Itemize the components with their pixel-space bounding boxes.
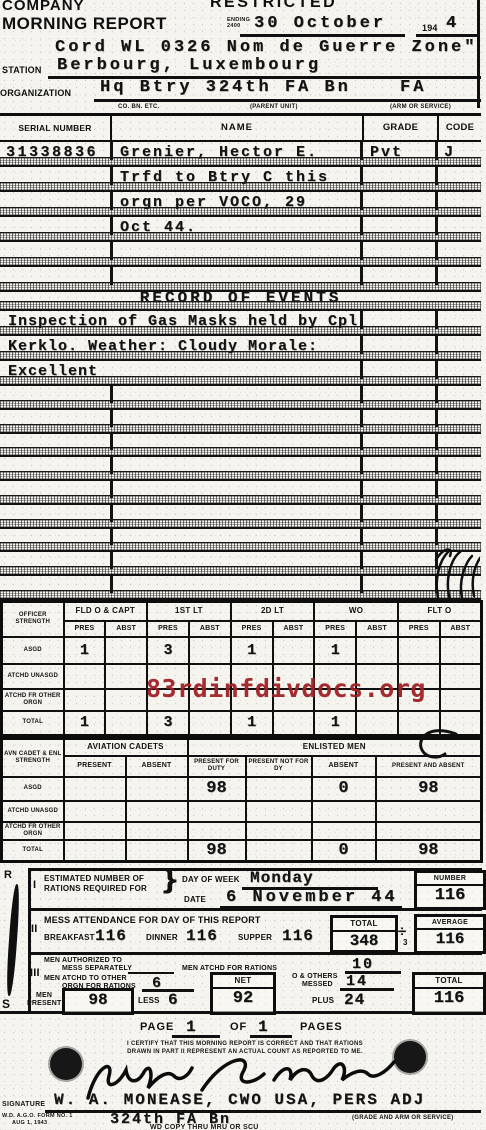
officer-row-total: TOTAL 1 3 1 1: [2, 711, 482, 736]
side-letter-r: R: [4, 870, 12, 882]
cell: [64, 777, 126, 801]
plus-value: 24: [344, 992, 365, 1008]
caption-parent-unit: (PARENT UNIT): [250, 104, 298, 112]
blank-row: [0, 505, 481, 529]
roster-header-row: SERIAL NUMBER NAME GRADE CODE: [0, 113, 481, 142]
events-row: Inspection of Gas Masks held by Cpl: [0, 311, 481, 336]
rule-band: [0, 157, 481, 167]
less-value: 6: [168, 992, 179, 1008]
officer-row-asgd: ASGD 1 3 1 1: [2, 637, 482, 664]
cell: 98: [376, 777, 482, 801]
group-aviation-cadets: AVIATION CADETS: [64, 739, 188, 756]
average-box: AVERAGE 116: [414, 914, 486, 954]
side-ink-bar: [5, 884, 21, 996]
classification-banner: RESTRICTED: [210, 0, 337, 12]
pages-total: 1: [258, 1019, 269, 1035]
enlisted-row-total: TOTAL 98 0 98: [2, 840, 482, 862]
sub-abst: ABST: [273, 621, 315, 637]
row-label: ATCHD UNASGD: [2, 664, 64, 689]
cell: [64, 689, 106, 711]
rule-band: [0, 495, 481, 505]
total3-box: TOTAL 116: [412, 972, 486, 1015]
rule-band: [0, 301, 481, 311]
cell: [64, 801, 126, 822]
section-numeral-ii: II: [31, 924, 38, 936]
net-value: 92: [213, 989, 273, 1009]
men-present-box: 98: [62, 988, 134, 1015]
row-label: TOTAL: [2, 711, 64, 736]
blank-row: [0, 481, 481, 505]
rule-band: [0, 207, 481, 217]
cell: [312, 801, 376, 822]
signature-label: SIGNATURE: [2, 1100, 45, 1109]
total3-label: TOTAL: [415, 975, 483, 989]
cell: [64, 822, 126, 840]
row-label: ATCHD FR OTHER ORGN: [2, 689, 64, 711]
date-label: DATE: [184, 896, 206, 904]
rule-band: [0, 351, 481, 361]
cell: [126, 840, 188, 862]
grade-caption: (GRADE AND ARM OR SERVICE): [352, 1115, 454, 1123]
page-number: 1: [186, 1019, 197, 1035]
sub-abst: ABST: [440, 621, 482, 637]
supper-value: 116: [282, 928, 314, 944]
rule-band: [0, 519, 481, 529]
number-value: 116: [417, 886, 483, 906]
cell: 0: [312, 777, 376, 801]
cell: [273, 711, 315, 736]
blank-row: [0, 386, 481, 410]
rule-band: [0, 424, 481, 434]
company-label: COMPANY: [2, 0, 85, 14]
men-present-label-1: MEN: [36, 992, 52, 999]
sub-present: PRESENT: [64, 756, 126, 777]
enlisted-strength-table: AVN CADET & ENL STRENGTH AVIATION CADETS…: [0, 737, 483, 863]
roster-row-blank: [0, 242, 481, 267]
group-wo: WO: [314, 602, 398, 621]
caption-unit-type: CO. BN. ETC.: [118, 104, 160, 112]
watermark: 83rdinfdivdocs.org: [146, 676, 426, 701]
others-messed-value: 14: [346, 974, 368, 989]
number-box: NUMBER 116: [414, 870, 486, 910]
sub-pres: PRES: [64, 621, 106, 637]
cell: [356, 711, 398, 736]
col-grade: GRADE: [364, 116, 439, 140]
date-underline: [240, 34, 405, 37]
rule-band: [0, 376, 481, 386]
sub-pres: PRES: [314, 621, 356, 637]
rule-band: [0, 590, 481, 600]
sub-pres: PRES: [231, 621, 273, 637]
events-row: Kerklo. Weather: Cloudy Morale:: [0, 336, 481, 361]
events-row: Excellent: [0, 361, 481, 386]
cell: 3: [147, 637, 189, 664]
rule-band: [0, 471, 481, 481]
plus-label: PLUS: [312, 997, 334, 1005]
cell: [312, 822, 376, 840]
form-number-line-2: AUG 1, 1943: [12, 1120, 47, 1127]
report-title: MORNING REPORT: [2, 15, 167, 33]
others-messed-label-2: MESSED: [302, 981, 333, 988]
day-of-week-value: Monday: [250, 870, 314, 886]
col-name: NAME: [112, 116, 364, 140]
cell: [246, 801, 312, 822]
blank-row: [0, 576, 481, 600]
record-of-events: RECORD OF EVENTS Inspection of Gas Masks…: [0, 287, 481, 386]
enlisted-row-atchd-unasgd: ATCHD UNASGD: [2, 801, 482, 822]
enlisted-corner: AVN CADET & ENL STRENGTH: [2, 739, 64, 777]
roster-row: 31338836 Grenier, Hector E. Pvt J: [0, 142, 481, 167]
cell: [105, 689, 147, 711]
group-2d-lt: 2D LT: [231, 602, 315, 621]
mess-attendance-label: MESS ATTENDANCE FOR DAY OF THIS REPORT: [44, 916, 261, 925]
rule: [28, 868, 31, 1014]
col-code: CODE: [439, 116, 481, 140]
men-present-value: 98: [65, 991, 131, 1010]
sub-abst: ABST: [189, 621, 231, 637]
pen-scribble: [428, 544, 480, 602]
rule-band: [0, 447, 481, 457]
cell: [188, 822, 246, 840]
cell: [376, 822, 482, 840]
blank-row: [0, 529, 481, 553]
rule-band: [0, 566, 481, 576]
cell: [64, 664, 106, 689]
handwritten-signature: [78, 1052, 413, 1104]
cell: 98: [188, 777, 246, 801]
cell: 1: [314, 637, 356, 664]
estimated-rations-label-1: ESTIMATED NUMBER OF: [44, 875, 144, 883]
year-prefix: 194: [422, 24, 438, 33]
cell: 98: [188, 840, 246, 862]
year-underline: [416, 34, 479, 37]
cell: 1: [231, 711, 273, 736]
group-flt-o: FLT O: [398, 602, 482, 621]
cell: [126, 801, 188, 822]
estimated-rations-label-2: RATIONS REQUIRED FOR: [44, 885, 147, 893]
sub-present-for-duty: PRESENT FOR DUTY: [188, 756, 246, 777]
section-numeral-iii: III: [30, 968, 40, 980]
cell: 0: [312, 840, 376, 862]
caption-arm-service: (ARM OR SERVICE): [390, 104, 451, 112]
rule-band: [0, 400, 481, 410]
pen-mark-c: [412, 726, 460, 762]
cell: [126, 777, 188, 801]
underline: [172, 1035, 220, 1038]
cell: [189, 637, 231, 664]
cell: [440, 689, 482, 711]
atchd-for-rations-value: 10: [352, 957, 374, 972]
number-label: NUMBER: [417, 873, 483, 886]
page-label: PAGE: [140, 1022, 174, 1034]
cell: [246, 822, 312, 840]
total-label: TOTAL: [333, 918, 395, 932]
morning-report-scan: COMPANY RESTRICTED MORNING REPORT ENDING…: [0, 0, 486, 1130]
underline: [220, 906, 402, 909]
average-label: AVERAGE: [417, 917, 483, 930]
cert-line-1: I CERTIFY THAT THIS MORNING REPORT IS CO…: [127, 1041, 363, 1047]
year-digit: 4: [446, 15, 459, 32]
cell: [440, 637, 482, 664]
blank-ruled-area: [0, 386, 481, 600]
cell: [189, 711, 231, 736]
sub-abst: ABST: [356, 621, 398, 637]
officer-strength-table: OFFICER STRENGTH FLD O & CAPT 1ST LT 2D …: [0, 600, 483, 737]
breakfast-value: 116: [95, 928, 127, 944]
row-label: ATCHD UNASGD: [2, 801, 64, 822]
net-label: NET: [213, 975, 273, 989]
cell: [273, 637, 315, 664]
row-label: ASGD: [2, 777, 64, 801]
row-label: ASGD: [2, 637, 64, 664]
roster-row: Oct 44.: [0, 217, 481, 242]
cell: [64, 840, 126, 862]
blank-underline: [128, 972, 174, 974]
roster-table: SERIAL NUMBER NAME GRADE CODE 31338836 G…: [0, 113, 481, 292]
total3-value: 116: [415, 989, 483, 1009]
brace: }: [160, 866, 180, 894]
group-fld-o-capt: FLD O & CAPT: [64, 602, 148, 621]
blank-row: [0, 434, 481, 458]
cell: [188, 801, 246, 822]
net-box: NET 92: [210, 972, 276, 1015]
authorized-label-1: MEN AUTHORIZED TO: [44, 957, 122, 964]
rule-band: [0, 326, 481, 336]
rule-band: [0, 257, 481, 267]
cell: 1: [314, 711, 356, 736]
cell: 3: [147, 711, 189, 736]
blank-row: [0, 457, 481, 481]
row-label: ATCHD FR OTHER ORGN: [2, 822, 64, 840]
section-numeral-i: I: [33, 880, 36, 892]
cell: 1: [231, 637, 273, 664]
sub-absent: ABSENT: [126, 756, 188, 777]
breakfast-label: BREAKFAST: [44, 934, 95, 942]
rule-band: [0, 232, 481, 242]
cell: [376, 801, 482, 822]
sub-present-not-for-dy: PRESENT NOT FOR DY: [246, 756, 312, 777]
divisor: 3: [403, 939, 408, 947]
cell: [356, 637, 398, 664]
station-value: Berbourg, Luxembourg: [57, 57, 321, 74]
side-letter-s: S: [2, 998, 10, 1011]
cell: [440, 664, 482, 689]
cell: [126, 822, 188, 840]
cell: 1: [64, 711, 106, 736]
organization-arm: FA: [400, 79, 426, 96]
men-present-label-2: PRESENT: [27, 1000, 61, 1007]
rule-band: [0, 542, 481, 552]
sub-pres: PRES: [398, 621, 440, 637]
less-label: LESS: [138, 997, 160, 1005]
dinner-value: 116: [186, 928, 218, 944]
copy-routing-note: WD COPY THRU MRU OR SCU: [150, 1123, 259, 1130]
station-label: STATION: [2, 66, 42, 75]
cell: [105, 711, 147, 736]
header-right-rule: [477, 0, 480, 108]
organization-underline: [94, 99, 481, 102]
dinner-label: DINNER: [146, 934, 178, 942]
authorized-label-2: MESS SEPARATELY: [62, 965, 132, 972]
sub-abst: ABST: [105, 621, 147, 637]
cell: [246, 777, 312, 801]
roster-row: orgn per VOCO, 29: [0, 192, 481, 217]
sub-absent: ABSENT: [312, 756, 376, 777]
atchd-other-label-1: MEN ATCHD TO OTHER: [44, 975, 127, 982]
blank-row: [0, 552, 481, 576]
coord-code-line: Cord WL 0326 Nom de Guerre Zone": [55, 39, 477, 56]
pages-label: PAGES: [300, 1022, 343, 1034]
average-value: 116: [417, 930, 483, 949]
rule-band: [0, 182, 481, 192]
underline: [250, 1035, 292, 1038]
cell: [246, 840, 312, 862]
roster-row: Trfd to Btry C this: [0, 167, 481, 192]
row-label: TOTAL: [2, 840, 64, 862]
day-of-week-label: DAY OF WEEK: [182, 876, 240, 884]
rations-section: R S I II III ESTIMATED NUMBER OF RATIONS…: [0, 868, 486, 1014]
organization-label: ORGANIZATION: [0, 89, 71, 98]
officer-strength-corner: OFFICER STRENGTH: [2, 602, 64, 637]
cell: [105, 664, 147, 689]
enlisted-row-asgd: ASGD 98 0 98: [2, 777, 482, 801]
group-1st-lt: 1ST LT: [147, 602, 231, 621]
total-value: 348: [333, 932, 395, 951]
supper-label: SUPPER: [238, 934, 272, 942]
cell: [105, 637, 147, 664]
sub-pres: PRES: [147, 621, 189, 637]
report-date: 30 October: [254, 15, 386, 32]
blank-row: [0, 410, 481, 434]
date-value: 6 November 44: [226, 889, 398, 906]
total-box: TOTAL 348: [330, 915, 398, 953]
organization-value: Hq Btry 324th FA Bn: [100, 79, 351, 96]
col-serial-number: SERIAL NUMBER: [0, 116, 112, 140]
cell: 98: [376, 840, 482, 862]
enlisted-row-atchd-fr-other: ATCHD FR OTHER ORGN: [2, 822, 482, 840]
cell: 1: [64, 637, 106, 664]
events-title-row: RECORD OF EVENTS: [0, 287, 481, 311]
of-label: OF: [230, 1022, 247, 1034]
cell: [398, 637, 440, 664]
others-messed-label-1: O & OTHERS: [292, 973, 338, 980]
